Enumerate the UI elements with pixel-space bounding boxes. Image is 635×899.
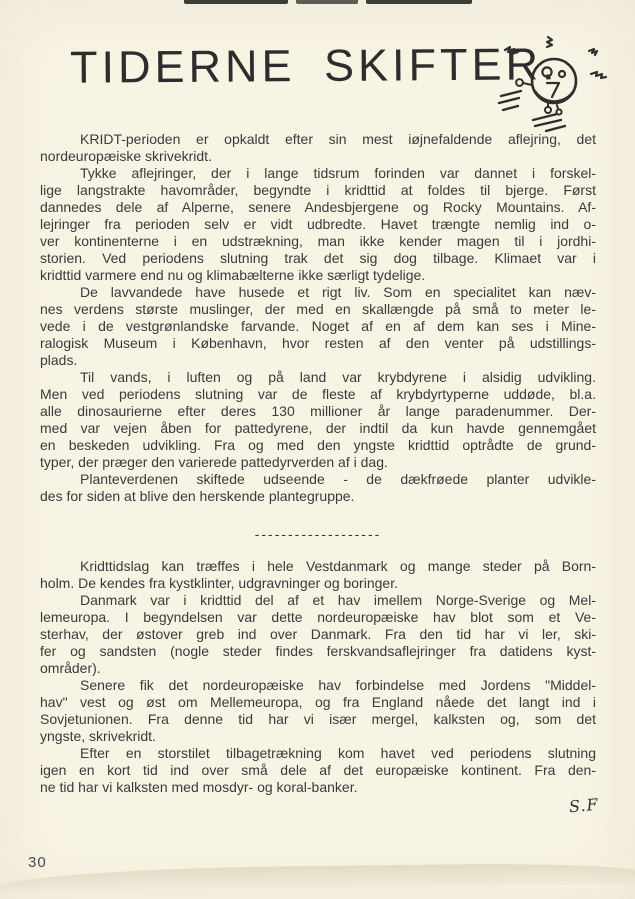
text-line: des for siden at blive den herskende pla… [40, 488, 596, 505]
text-line: KRIDT-perioden er opkaldt efter sin mest… [40, 131, 596, 148]
text-line: dannedes dele af Alperne, senere Andesbj… [40, 199, 596, 216]
text-line: nordeuropæiske skrivekridt. [40, 148, 596, 165]
text-line: vede i de vestgrønlandske farvande. Noge… [40, 318, 596, 335]
text-line: Kridttidslag kan træffes i hele Vestdanm… [40, 558, 596, 575]
text-line: ralogisk Museum i København, hvor resten… [40, 335, 596, 352]
scan-artifact-top [184, 0, 288, 4]
text-line: nes verdens største muslinger, der med e… [40, 301, 596, 318]
text-line: hav" vest og øst om Mellemeuropa, og fra… [40, 694, 596, 711]
paragraph: Kridttidslag kan træffes i hele Vestdanm… [40, 558, 596, 592]
paragraph: De lavvandede have husede et rigt liv. S… [40, 284, 596, 369]
text-line: plads. [40, 352, 596, 369]
text-line: igen en kort tid ind over små dele af de… [40, 762, 596, 779]
text-line: Tykke aflejringer, der i lange tidsrum f… [40, 165, 596, 182]
paragraph: Danmark var i kridttid del af et hav ime… [40, 592, 596, 677]
paragraph: Efter en storstilet tilbagetrækning kom … [40, 745, 596, 796]
page-number: 30 [28, 854, 47, 871]
page-title: TIDERNE SKIFTER. [70, 38, 559, 93]
scanned-document-page: TIDERNE SKIFTER. [0, 0, 635, 899]
scan-artifact-top [296, 0, 358, 4]
scan-artifact-bottom [0, 862, 635, 892]
paragraph: Tykke aflejringer, der i lange tidsrum f… [40, 165, 596, 284]
section-divider: ------------------- [40, 526, 596, 543]
paragraph: Til vands, i luften og på land var krybd… [40, 369, 596, 471]
text-line: Senere fik det nordeuropæiske hav forbin… [40, 677, 596, 694]
text-line: med var vejen åben for pattedyrene, der … [40, 420, 596, 437]
text-line: holm. De kendes fra kystklinter, udgravn… [40, 575, 596, 592]
article-body: KRIDT-perioden er opkaldt efter sin mest… [40, 131, 596, 796]
text-line: lejringer fra perioden selv er vidt udbr… [40, 216, 596, 233]
text-line: Men ved periodens slutning var de fleste… [40, 386, 596, 403]
author-signature: S.F [569, 795, 600, 817]
alarm-clock-doodle-icon [491, 34, 611, 132]
scan-artifact-top [366, 0, 472, 4]
text-line: Danmark var i kridttid del af et hav ime… [40, 592, 596, 609]
text-line: Til vands, i luften og på land var krybd… [40, 369, 596, 386]
text-line: ver kontinenterne i en udstrækning, man … [40, 233, 596, 250]
text-line: Planteverdenen skiftede udseende - de dæ… [40, 471, 596, 488]
text-line: typer, der præger den varierede pattedyr… [40, 454, 596, 471]
text-line: lige langstrakte havområder, begyndte i … [40, 182, 596, 199]
text-line: ne tid har vi kalksten med mosdyr- og ko… [40, 779, 596, 796]
paragraph: KRIDT-perioden er opkaldt efter sin mest… [40, 131, 596, 165]
text-line: Sovjetunionen. Fra denne tid har vi især… [40, 711, 596, 728]
text-line: sterhav, der østover greb ind over Danma… [40, 626, 596, 643]
text-line: en beskeden udvikling. Fra og med den yn… [40, 437, 596, 454]
text-line: yngste, skrivekridt. [40, 728, 596, 745]
text-line: storien. Ved periodens slutning trak det… [40, 250, 596, 267]
text-line: fer og sandsten (nogle steder findes fer… [40, 643, 596, 660]
text-line: alle dinosaurierne efter deres 130 milli… [40, 403, 596, 420]
paragraph: Planteverdenen skiftede udseende - de dæ… [40, 471, 596, 505]
text-line: kridttid varmere end nu og klimabælterne… [40, 267, 596, 284]
text-line: områder). [40, 660, 596, 677]
text-line: De lavvandede have husede et rigt liv. S… [40, 284, 596, 301]
text-line: Efter en storstilet tilbagetrækning kom … [40, 745, 596, 762]
paragraph: Senere fik det nordeuropæiske hav forbin… [40, 677, 596, 745]
text-line: lemeuropa. I begyndelsen var dette norde… [40, 609, 596, 626]
